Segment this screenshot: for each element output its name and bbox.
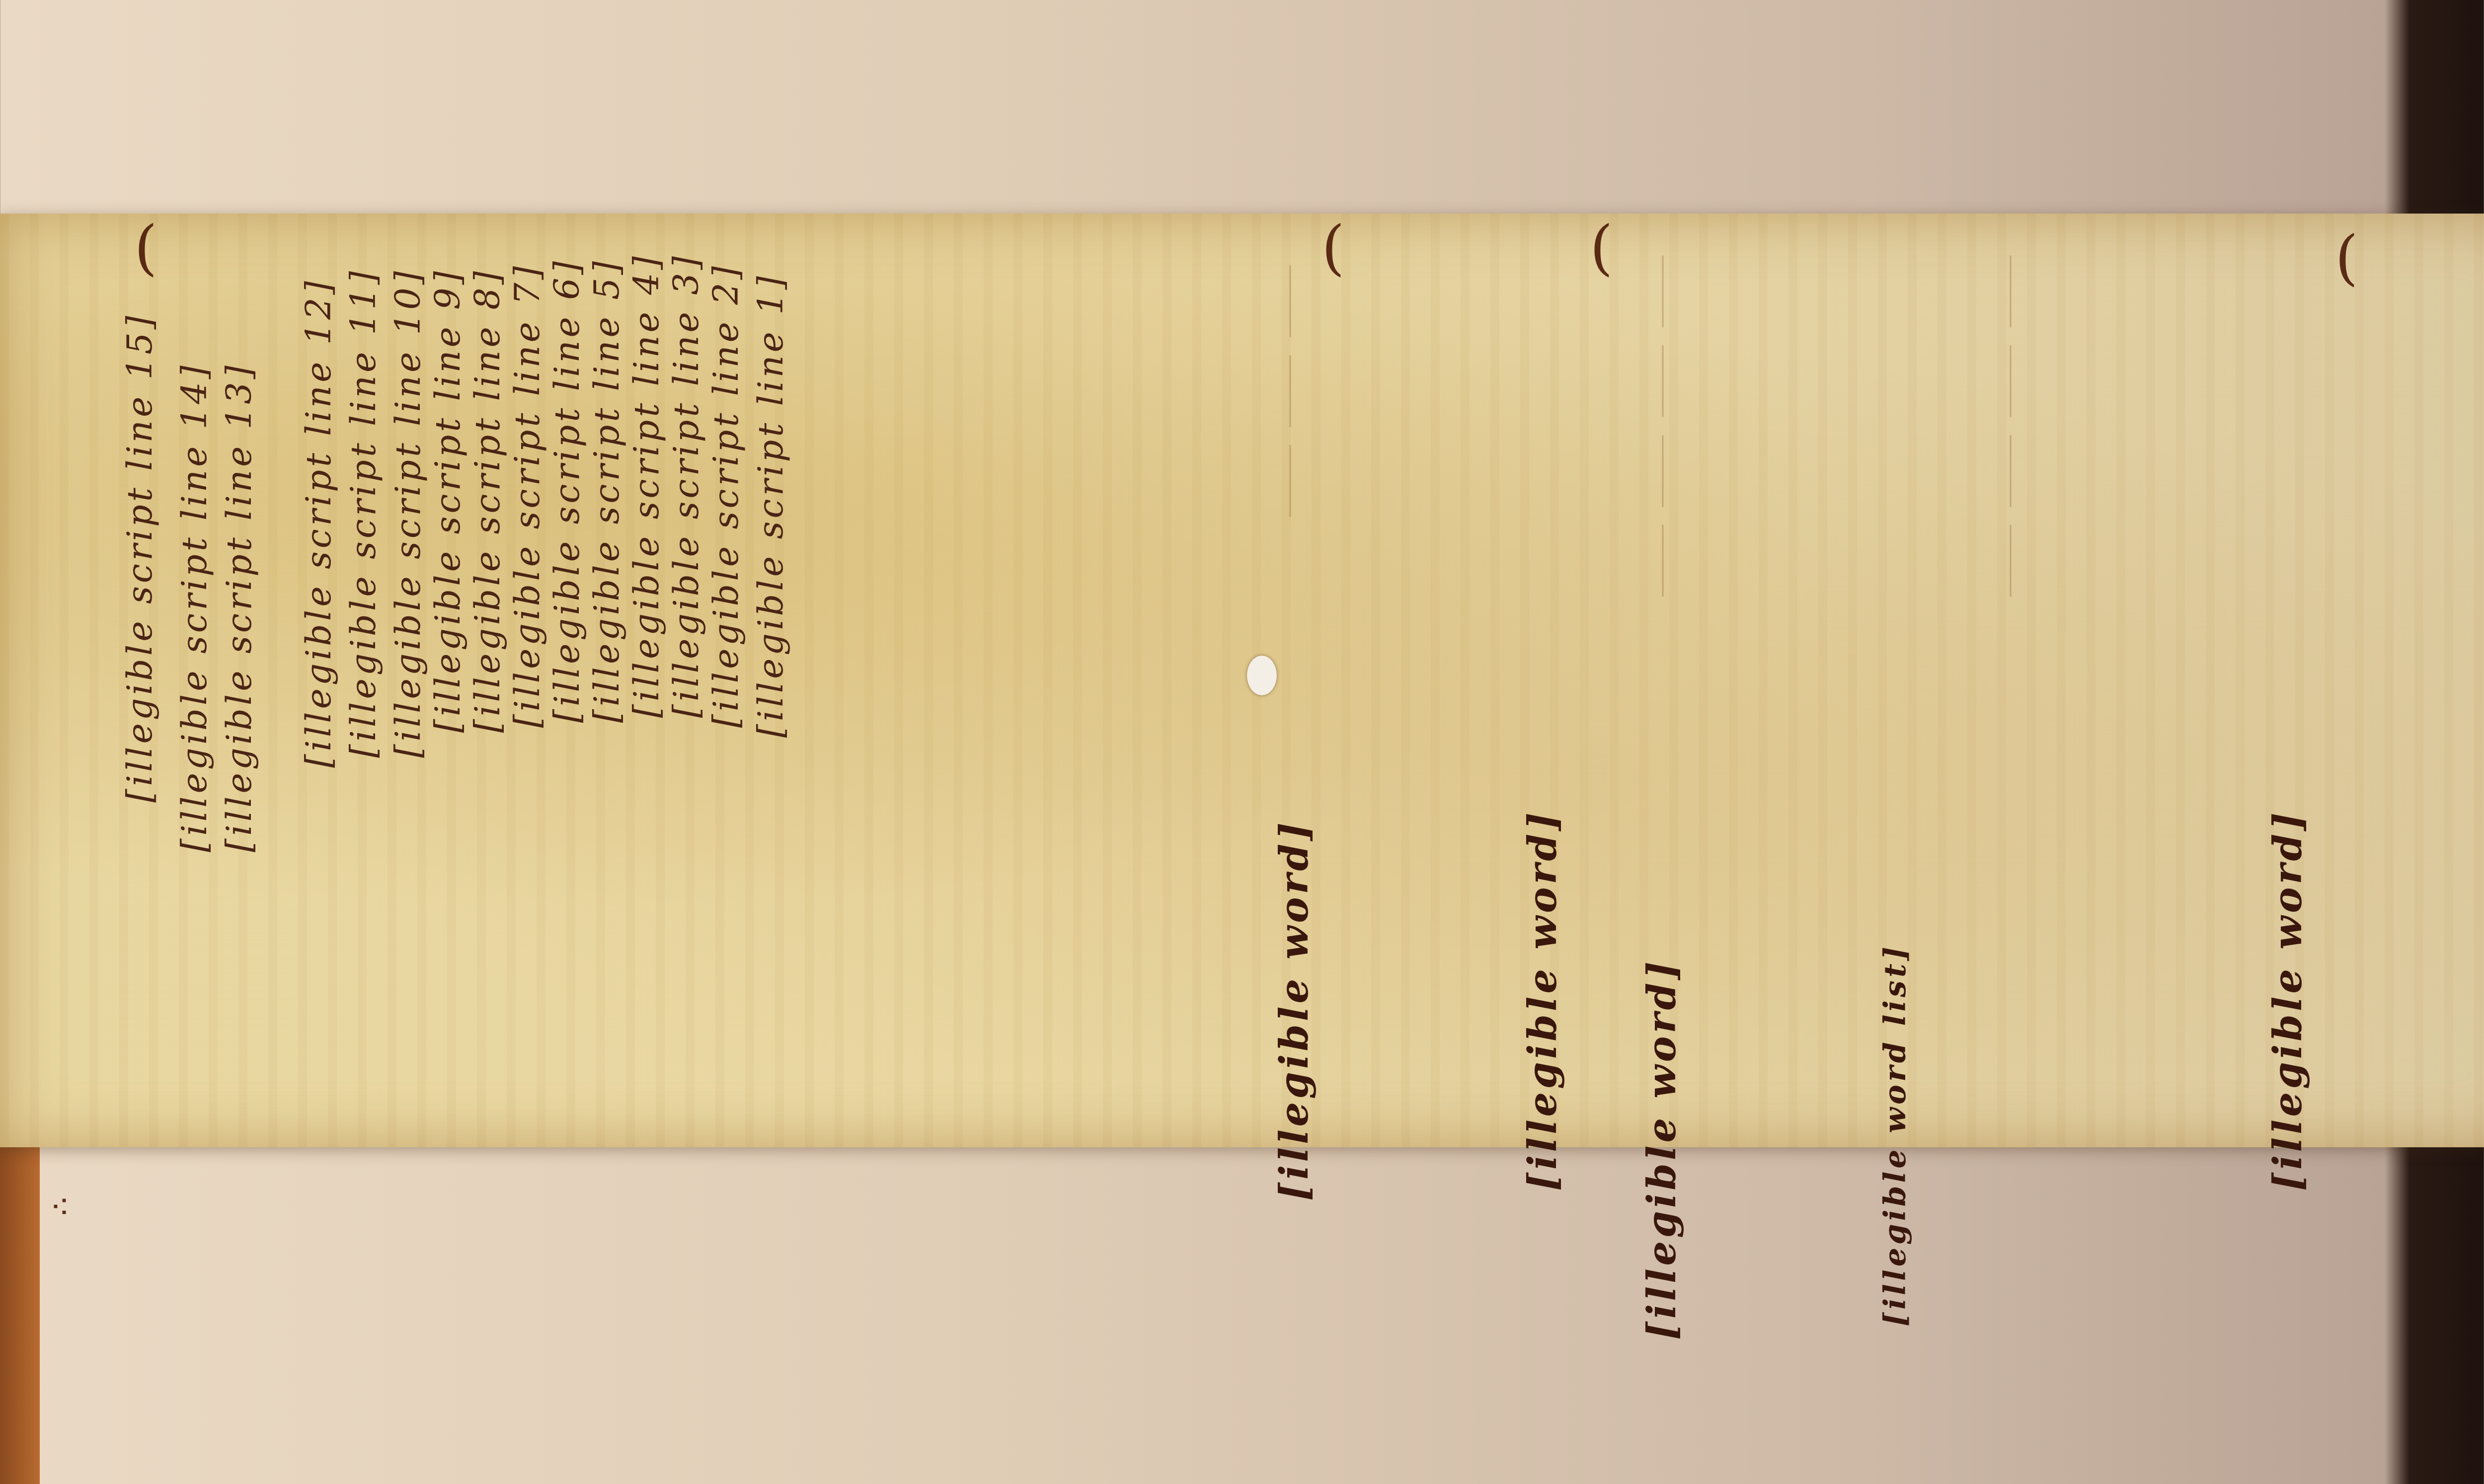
script-line: [illegible script line 3]: [666, 253, 706, 718]
bleed-through-text: ⸻ ⸻ ⸻ ⸻: [1987, 253, 2030, 600]
parchment-hole: [1247, 656, 1277, 695]
script-line: [illegible script line 14]: [174, 363, 215, 852]
ink-flourish: (: [1590, 214, 1613, 283]
wooden-strip: [0, 1147, 40, 1484]
script-line: [illegible script line 1]: [750, 273, 791, 738]
script-line: [illegible script line 12]: [298, 278, 339, 768]
ink-flourish: (: [2335, 223, 2358, 293]
script-line: [illegible script line 9]: [427, 268, 468, 733]
ink-flourish: (: [1321, 214, 1345, 283]
bleed-through-text: ⸻ ⸻ ⸻: [1267, 263, 1310, 520]
script-line: [illegible script line 15]: [119, 313, 160, 803]
script-line: [illegible script line 5]: [586, 258, 627, 723]
script-line: [illegible script line 10]: [388, 268, 428, 758]
script-line: [illegible script line 11]: [343, 268, 384, 758]
margin-note-list: [illegible word list]: [1878, 944, 1913, 1327]
bleed-through-text: ⸻ ⸻ ⸻ ⸻: [1639, 253, 1682, 600]
script-line: [illegible script line 4]: [626, 253, 667, 718]
script-line: [illegible script line 8]: [467, 268, 508, 733]
manuscript-parchment: [illegible script line 1] [illegible scr…: [0, 214, 2484, 1147]
margin-note: [illegible word]: [1520, 810, 1565, 1191]
margin-note: [illegible word]: [2265, 810, 2311, 1191]
script-line: [illegible script line 13]: [219, 363, 259, 852]
ink-dots-mark: ⁖: [50, 1187, 70, 1228]
margin-note: [illegible word]: [1272, 819, 1317, 1201]
margin-note: [illegible word]: [1639, 959, 1685, 1340]
script-line: [illegible script line 7]: [507, 263, 547, 728]
script-line: [illegible script line 6]: [546, 258, 587, 723]
ink-flourish: (: [134, 214, 157, 283]
script-line: [illegible script line 2]: [705, 263, 746, 728]
